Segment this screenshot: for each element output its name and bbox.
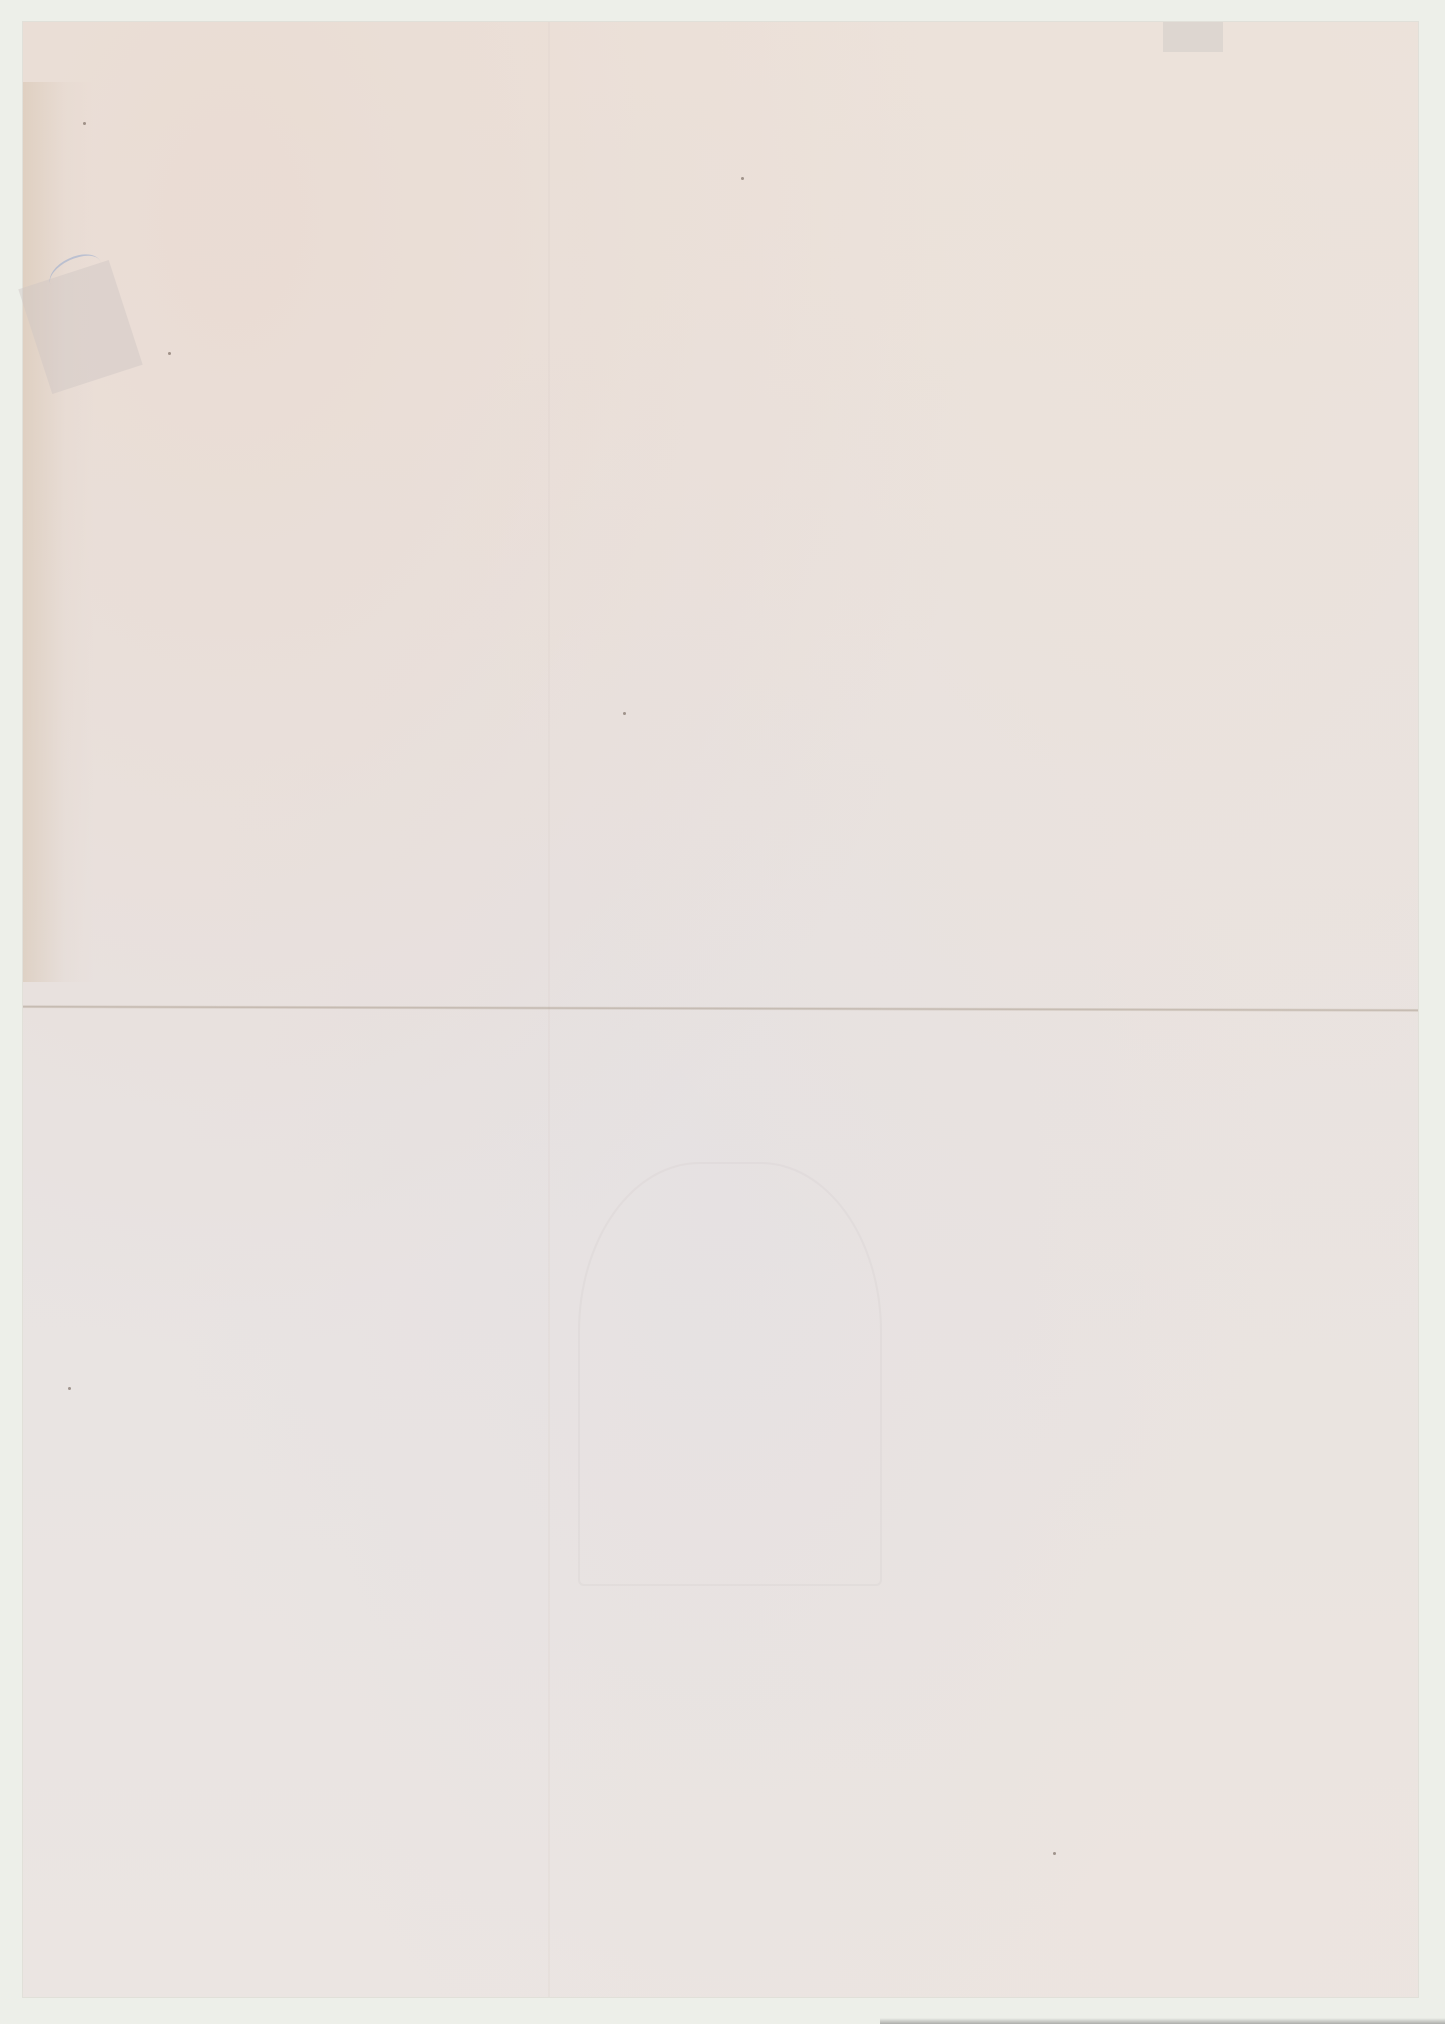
speck — [68, 1387, 71, 1390]
scanner-background: ​ ​ — [0, 0, 1445, 2024]
top-tape-residue — [1163, 22, 1223, 52]
show-through-small-lettering: ​ — [213, 1812, 1213, 1875]
scan-edge-shadow — [880, 2018, 1445, 2024]
speck — [168, 352, 171, 355]
speck — [741, 177, 744, 180]
speck — [1053, 1852, 1056, 1855]
speck — [623, 712, 626, 715]
show-through-figure — [578, 1162, 882, 1586]
edge-discoloration — [23, 82, 93, 982]
horizontal-fold-line — [23, 1005, 1418, 1012]
show-through-large-lettering: ​ — [213, 1582, 1213, 1734]
paper-sheet: ​ ​ — [23, 22, 1418, 1997]
speck — [83, 122, 86, 125]
